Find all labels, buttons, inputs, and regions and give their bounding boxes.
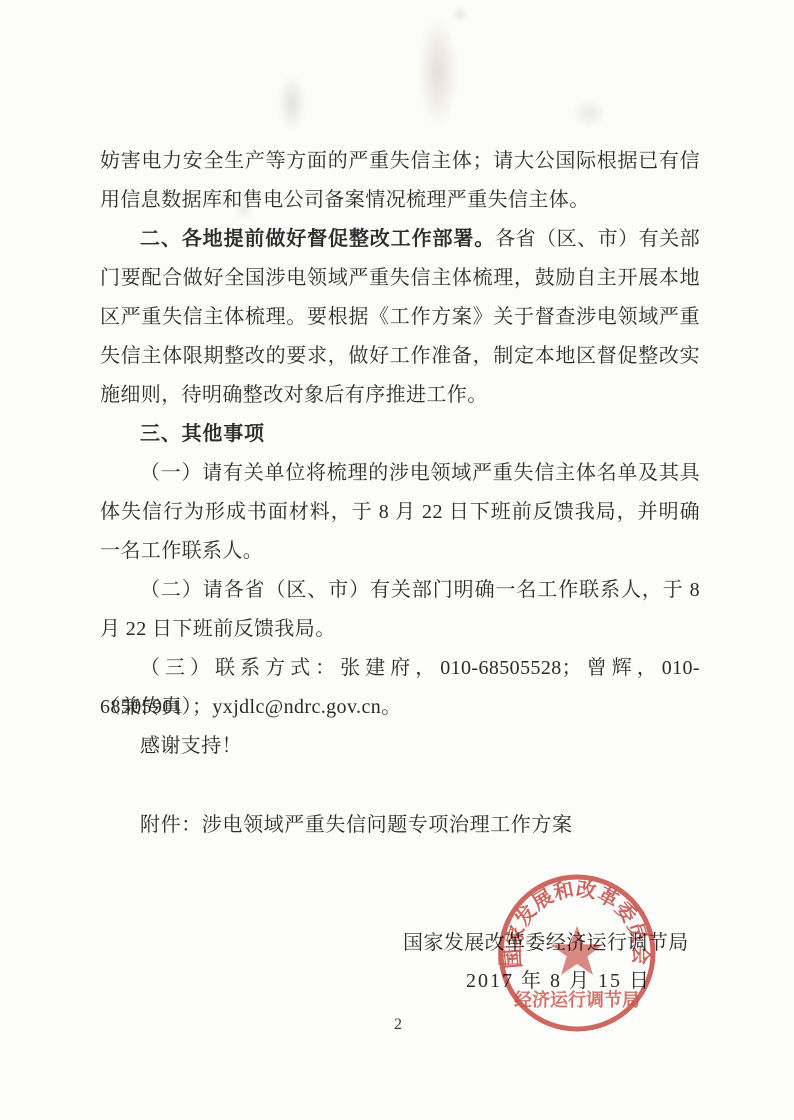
official-seal: 国家发展和改革委员会 经济运行调节局	[497, 873, 657, 1033]
text-segment: 体失信行为形成书面材料，于 8 月 22 日下班前反馈我局，并明确	[100, 501, 700, 523]
text-segment: （兼传真）；yxjdlc@ndrc.gov.cn。	[100, 696, 402, 718]
text-line: 感谢支持！	[100, 727, 700, 766]
text-line: （二）请各省（区、市）有关部门明确一名工作联系人，于 8	[100, 571, 700, 610]
scan-smudge	[418, 16, 458, 128]
text-segment: （二）请各省（区、市）有关部门明确一名工作联系人，于 8	[140, 579, 700, 601]
text-segment: 失信主体限期整改的要求，做好工作准备，制定本地区督促整改实	[100, 345, 700, 367]
text-segment: 区严重失信主体梳理。要根据《工作方案》关于督查涉电领域严重	[100, 306, 700, 328]
text-line: （三）联系方式：张建府，010-68505528；曾辉，010-68505901	[100, 649, 700, 688]
text-line: （一）请有关单位将梳理的涉电领域严重失信主体名单及其具	[100, 454, 700, 493]
text-segment: 月 22 日下班前反馈我局。	[100, 618, 336, 640]
text-line: 妨害电力安全生产等方面的严重失信主体；请大公国际根据已有信	[100, 142, 700, 181]
text-line: 一名工作联系人。	[100, 532, 700, 571]
text-line: 二、各地提前做好督促整改工作部署。各省（区、市）有关部	[100, 220, 700, 259]
text-segment: 门要配合做好全国涉电领域严重失信主体梳理，鼓励自主开展本地	[100, 267, 700, 289]
text-line: 门要配合做好全国涉电领域严重失信主体梳理，鼓励自主开展本地	[100, 259, 700, 298]
body-lines: 妨害电力安全生产等方面的严重失信主体；请大公国际根据已有信用信息数据库和售电公司…	[100, 142, 700, 766]
text-line: 失信主体限期整改的要求，做好工作准备，制定本地区督促整改实	[100, 337, 700, 376]
attachment-line: 附件：涉电领域严重失信问题专项治理工作方案	[100, 806, 700, 845]
text-segment: 感谢支持！	[140, 735, 242, 757]
text-segment: 各省（区、市）有关部	[495, 228, 700, 250]
scan-smudge	[572, 98, 606, 128]
text-line: 三、其他事项	[100, 415, 700, 454]
scan-smudge	[278, 74, 306, 132]
bold-text-segment: 二、各地提前做好督促整改工作部署。	[140, 228, 495, 250]
text-line: 月 22 日下班前反馈我局。	[100, 610, 700, 649]
text-segment: 妨害电力安全生产等方面的严重失信主体；请大公国际根据已有信	[100, 150, 700, 172]
text-segment: 用信息数据库和售电公司备案情况梳理严重失信主体。	[100, 189, 590, 211]
text-line: 体失信行为形成书面材料，于 8 月 22 日下班前反馈我局，并明确	[100, 493, 700, 532]
bold-text-segment: 三、其他事项	[140, 423, 265, 445]
text-line: 用信息数据库和售电公司备案情况梳理严重失信主体。	[100, 181, 700, 220]
seal-bottom-text: 经济运行调节局	[514, 989, 640, 1010]
text-segment: 施细则，待明确整改对象后有序推进工作。	[100, 384, 488, 406]
seal-star-icon	[553, 928, 601, 973]
text-line: 施细则，待明确整改对象后有序推进工作。	[100, 376, 700, 415]
text-segment: 一名工作联系人。	[100, 540, 263, 562]
document-page: 妨害电力安全生产等方面的严重失信主体；请大公国际根据已有信用信息数据库和售电公司…	[0, 0, 794, 1120]
text-line: 区严重失信主体梳理。要根据《工作方案》关于督查涉电领域严重	[100, 298, 700, 337]
text-line: （兼传真）；yxjdlc@ndrc.gov.cn。	[100, 688, 700, 727]
scan-smudge	[452, 6, 468, 22]
text-segment: （一）请有关单位将梳理的涉电领域严重失信主体名单及其具	[140, 462, 700, 484]
page-number: 2	[380, 1016, 416, 1034]
